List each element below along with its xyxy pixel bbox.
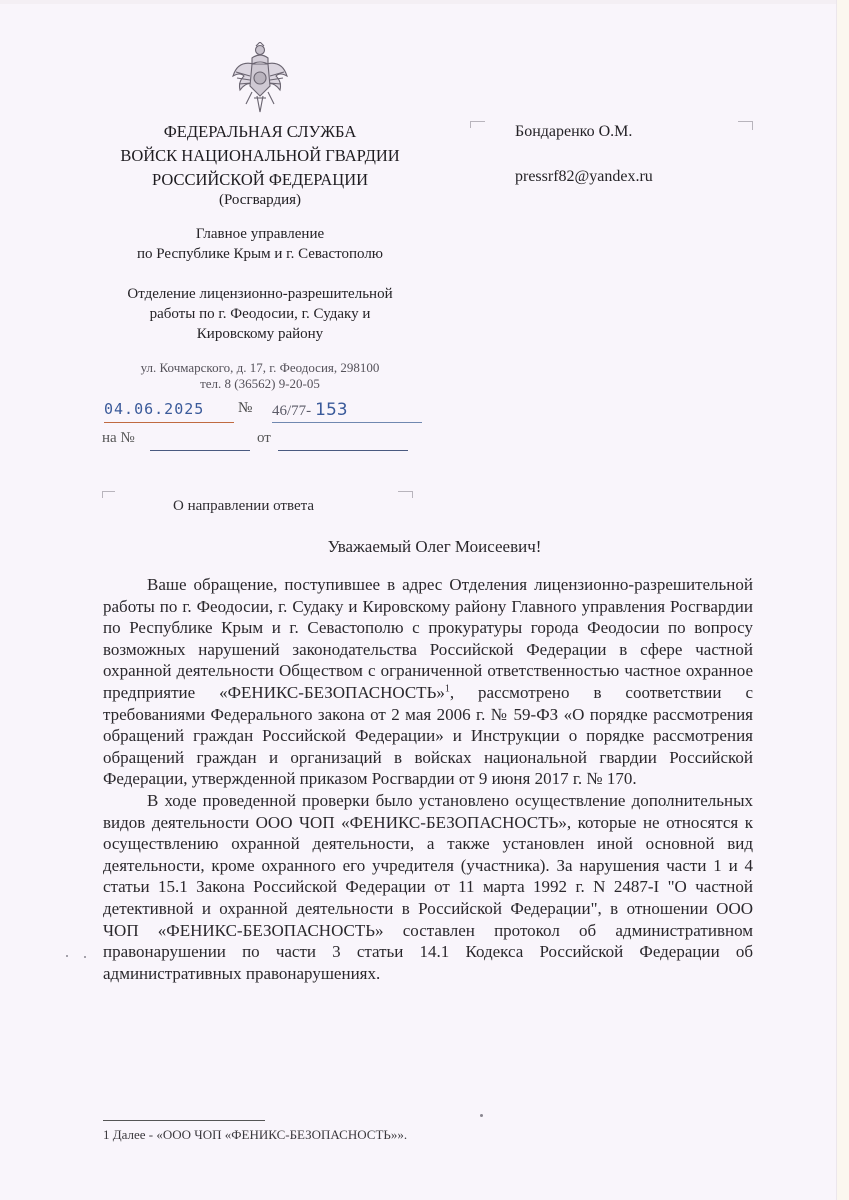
letter-body: Ваше обращение, поступившее в адрес Отде… [103, 574, 753, 984]
addressee-email: pressrf82@yandex.ru [515, 168, 653, 186]
registration-number-printed: 46/77- [272, 403, 311, 419]
registration-row: 04.06.2025 № 46/77-153 [102, 400, 422, 424]
ref-number-label: на № [102, 430, 135, 447]
body-paragraph-1: Ваше обращение, поступившее в адрес Отде… [103, 574, 753, 790]
subject-corner-right [398, 491, 413, 498]
scan-right-edge [836, 0, 849, 1200]
letterhead: ФЕДЕРАЛЬНАЯ СЛУЖБА ВОЙСК НАЦИОНАЛЬНОЙ ГВ… [100, 40, 420, 210]
directorate: Главное управление по Республике Крым и … [100, 224, 420, 264]
org-name-line-3: РОССИЙСКОЙ ФЕДЕРАЦИИ [100, 170, 420, 190]
ref-date-label: от [257, 430, 271, 447]
address: ул. Кочмарского, д. 17, г. Феодосия, 298… [100, 360, 420, 376]
org-name-line-2: ВОЙСК НАЦИОНАЛЬНОЙ ГВАРДИИ [100, 146, 420, 166]
subject-corner-left [102, 491, 115, 498]
registration-date: 04.06.2025 [104, 400, 234, 423]
department-line-3: Кировскому району [100, 324, 420, 344]
org-short-name: (Росгвардия) [100, 190, 420, 210]
footnote-divider [103, 1120, 265, 1121]
org-name-line-1: ФЕДЕРАЛЬНАЯ СЛУЖБА [100, 122, 420, 142]
department-line-2: работы по г. Феодосии, г. Судаку и [100, 304, 420, 324]
ref-number-blank [150, 450, 250, 451]
reference-row: на № от [102, 430, 422, 456]
scan-speck [66, 955, 68, 957]
addressee-corner-left [470, 121, 485, 128]
subject-line: О направлении ответа [173, 498, 314, 515]
directorate-line-2: по Республике Крым и г. Севастополю [100, 244, 420, 264]
number-label: № [238, 400, 252, 417]
registration-number: 46/77-153 [272, 400, 422, 423]
addressee-corner-right [738, 121, 753, 130]
body-paragraph-2: В ходе проведенной проверки было установ… [103, 790, 753, 984]
registration-number-handwritten: 153 [315, 400, 347, 420]
address-block: ул. Кочмарского, д. 17, г. Феодосия, 298… [100, 360, 420, 392]
phone: тел. 8 (36562) 9-20-05 [100, 376, 420, 392]
scan-speck [480, 1114, 483, 1117]
footnote: 1 Далее - «ООО ЧОП «ФЕНИКС-БЕЗОПАСНОСТЬ»… [103, 1127, 407, 1143]
page-top-edge [0, 0, 849, 4]
scan-speck [84, 956, 86, 958]
directorate-line-1: Главное управление [100, 224, 420, 244]
addressee-name: Бондаренко О.М. [515, 122, 632, 142]
double-headed-eagle-icon [230, 42, 290, 118]
greeting: Уважаемый Олег Моисеевич! [0, 537, 849, 557]
department-line-1: Отделение лицензионно-разрешительной [100, 284, 420, 304]
department: Отделение лицензионно-разрешительной раб… [100, 284, 420, 344]
ref-date-blank [278, 450, 408, 451]
